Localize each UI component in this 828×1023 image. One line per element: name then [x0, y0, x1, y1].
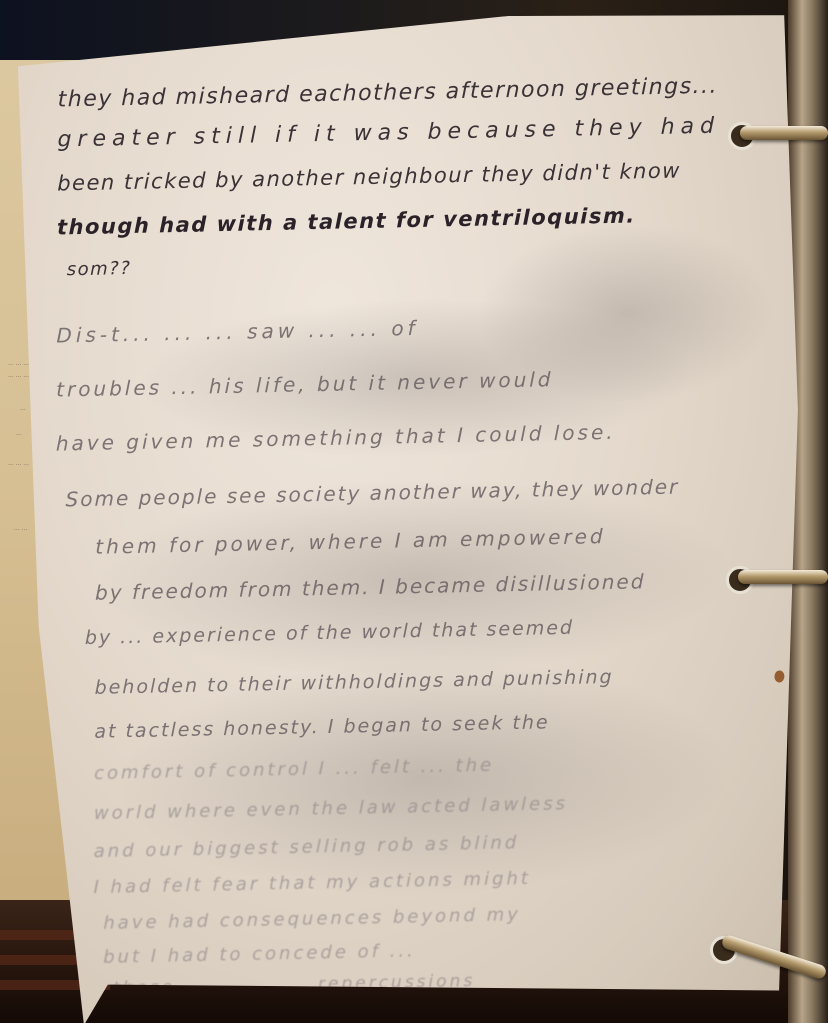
- back-page-text: ... ... ...: [8, 372, 29, 379]
- hw-line-2: greater still if it was because they had: [57, 114, 720, 153]
- hw-line-1: they had misheard eachothers afternoon g…: [58, 74, 718, 113]
- back-page-text: ... ...: [14, 525, 27, 532]
- back-page-text: ... ... ...: [8, 360, 29, 367]
- handwritten-text: they had misheard eachothers afternoon g…: [58, 72, 778, 87]
- rust-spot: [774, 670, 784, 682]
- hw-line-5: som??: [67, 258, 132, 280]
- back-page-text: ...: [20, 405, 26, 412]
- back-page-text: ... ... ...: [8, 460, 29, 467]
- hw-line-20: but I had to concede of ...: [103, 940, 416, 968]
- back-page-text: ...: [16, 430, 22, 437]
- notebook-page: they had misheard eachothers afternoon g…: [13, 10, 808, 1023]
- photo-scene: ... ... ... ... ... ... ... ... ... ... …: [0, 0, 828, 1023]
- binder-ring-middle: [738, 570, 828, 584]
- binder-ring-top: [740, 126, 828, 140]
- hw-line-4: though had with a talent for ventriloqui…: [57, 203, 636, 239]
- hw-line-19: have had consequences beyond my: [103, 904, 521, 934]
- hw-line-3: been tricked by another neighbour they d…: [57, 158, 681, 195]
